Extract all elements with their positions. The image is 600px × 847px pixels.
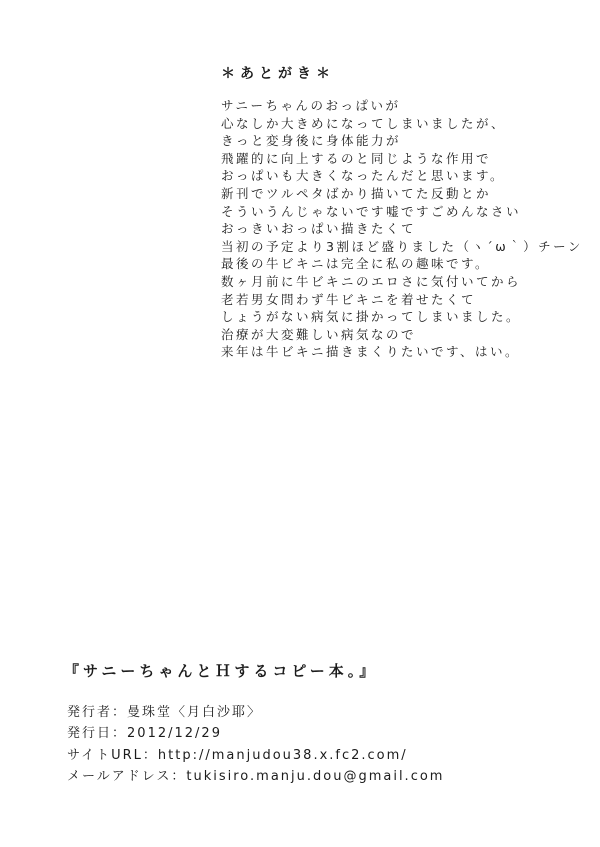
afterword-page: ＊あとがき＊ サニーちゃんのおっぱいが 心なしか大きめになってしまいましたが、 … <box>0 0 600 847</box>
afterword-line: きっと変身後に身体能力が <box>221 132 583 150</box>
afterword-line: 当初の予定より3割ほど盛りました（ヽ´ω｀）チーン <box>221 238 583 256</box>
colophon-entry-publish-date: 発行日：2012/12/29 <box>67 723 444 744</box>
afterword-heading: ＊あとがき＊ <box>221 63 335 83</box>
afterword-line: 数ヶ月前に牛ビキニのエロさに気付いてから <box>221 273 583 291</box>
publisher-label: 発行者 <box>67 705 112 720</box>
colon-separator: ： <box>171 769 186 784</box>
colon-separator: ： <box>143 748 158 763</box>
publisher-value: 曼珠堂〈月白沙耶〉 <box>127 705 262 720</box>
site-url-value: http://manjudou38.x.fc2.com/ <box>158 748 408 763</box>
publish-date-label: 発行日 <box>67 726 112 741</box>
afterword-line: 老若男女問わず牛ビキニを着せたくて <box>221 291 583 309</box>
afterword-line: 治療が大変難しい病気なので <box>221 326 583 344</box>
afterword-line: 新刊でツルペタばかり描いてた反動とか <box>221 185 583 203</box>
afterword-line: 飛躍的に向上するのと同じような作用で <box>221 150 583 168</box>
colon-separator: ： <box>112 705 127 720</box>
afterword-line: しょうがない病気に掛かってしまいました。 <box>221 308 583 326</box>
afterword-line: サニーちゃんのおっぱいが <box>221 97 583 115</box>
email-value: tukisiro.manju.dou@gmail.com <box>186 769 444 784</box>
afterword-line: 心なしか大きめになってしまいましたが、 <box>221 115 583 133</box>
email-label: メールアドレス <box>67 769 171 784</box>
publish-date-value: 2012/12/29 <box>127 726 222 741</box>
afterword-text-block: サニーちゃんのおっぱいが 心なしか大きめになってしまいましたが、 きっと変身後に… <box>221 97 583 361</box>
book-title: 『サニーちゃんとＨするコピー本。』 <box>64 660 378 681</box>
site-url-label: サイトURL <box>67 748 143 763</box>
colophon-block: 発行者：曼珠堂〈月白沙耶〉 発行日：2012/12/29 サイトURL：http… <box>67 702 444 787</box>
afterword-line: 最後の牛ビキニは完全に私の趣味です。 <box>221 255 583 273</box>
afterword-line: そういうんじゃないです嘘ですごめんなさい <box>221 203 583 221</box>
afterword-line: 来年は牛ビキニ描きまくりたいです、はい。 <box>221 343 583 361</box>
colophon-entry-publisher: 発行者：曼珠堂〈月白沙耶〉 <box>67 702 444 723</box>
afterword-line: おっぱいも大きくなったんだと思います。 <box>221 167 583 185</box>
colon-separator: ： <box>112 726 127 741</box>
colophon-entry-site-url: サイトURL：http://manjudou38.x.fc2.com/ <box>67 745 444 766</box>
colophon-entry-email: メールアドレス：tukisiro.manju.dou@gmail.com <box>67 766 444 787</box>
afterword-line: おっきいおっぱい描きたくて <box>221 220 583 238</box>
